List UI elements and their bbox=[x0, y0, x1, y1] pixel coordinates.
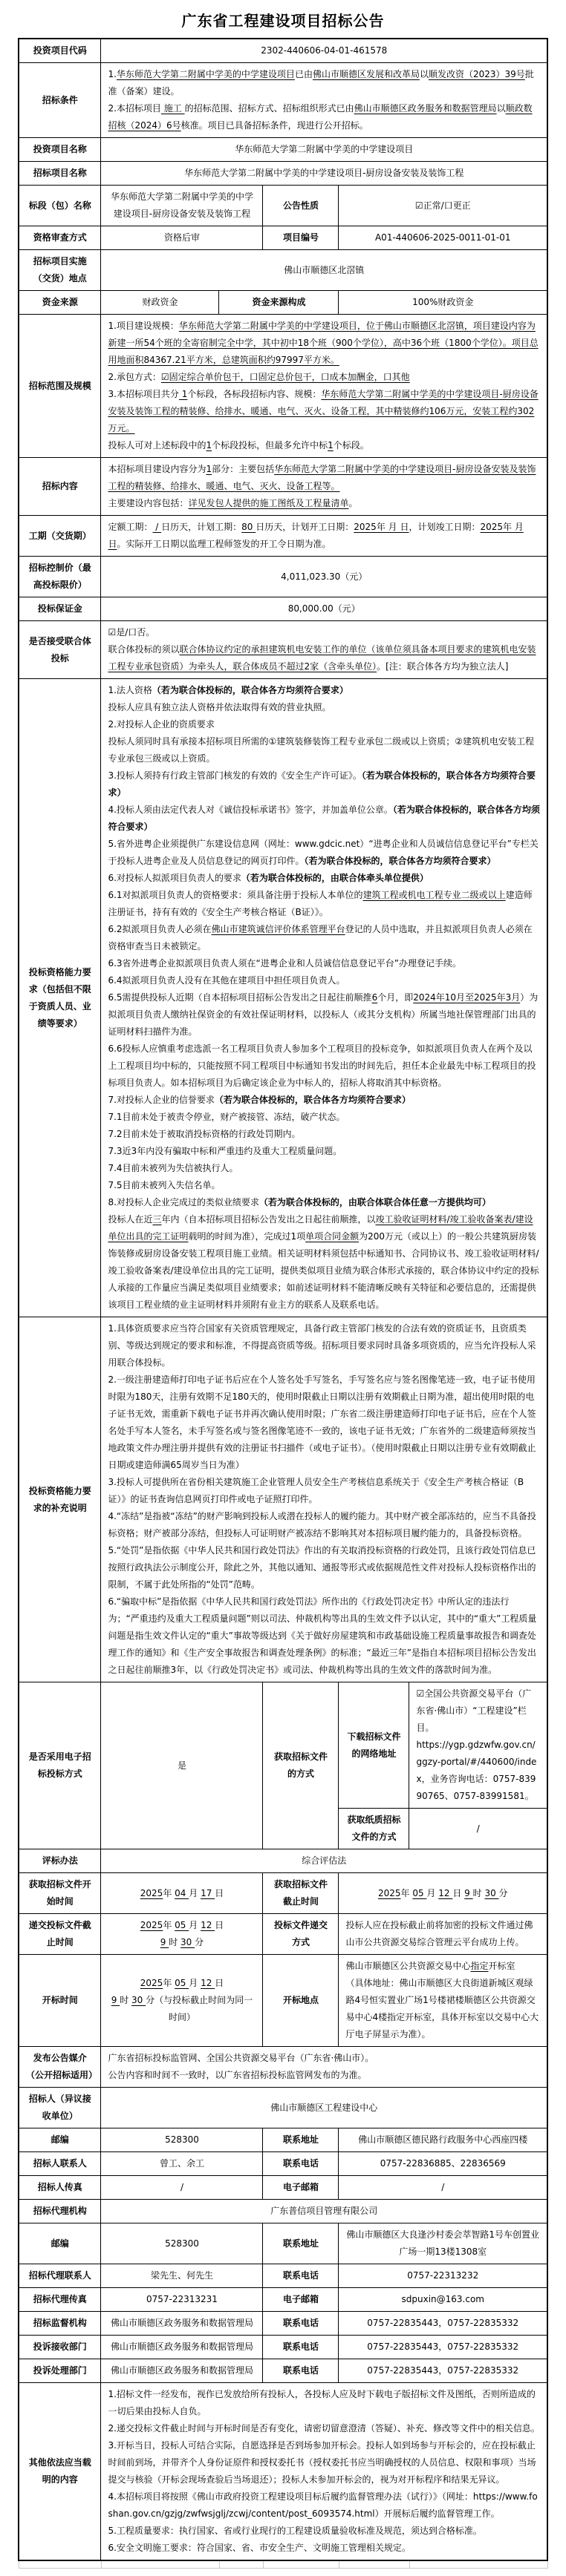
row-doc-time: 获取招标文件开始时间 2025年 04 月 17 日 获取招标文件截止时间 20… bbox=[19, 1873, 547, 1914]
supervisor-label: 招标监督机构 bbox=[19, 2312, 101, 2336]
row-qualification-notes: 投标资格能力要求的补充说明 1.具体资质要求应当符合国家有关资质管理规定，具备行… bbox=[19, 1317, 547, 1682]
download-url-value: ☑全国公共资源交易平台（广东省·佛山市）“工程建设”栏目。https://ygp… bbox=[409, 1682, 547, 1809]
opening-place-value: 佛山市顺德区公共资源交易中心指定开标室（具体地址：佛山市顺德区大良街道新城区观绿… bbox=[339, 1955, 547, 2047]
tender-conditions-value: 1.华东师范大学第二附属中学美的中学建设项目已由佛山市顺德区发展和改革局以顺发改… bbox=[101, 63, 547, 138]
agency-email-value: sdpuxin@163.com bbox=[339, 2288, 547, 2312]
investment-name-value: 华东师范大学第二附属中学美的中学建设项目 bbox=[101, 138, 547, 162]
row-investment-name: 投资项目名称 华东师范大学第二附属中学美的中学建设项目 bbox=[19, 138, 547, 162]
qualification-notes-label: 投标资格能力要求的补充说明 bbox=[19, 1317, 101, 1682]
e-bidding-label: 是否采用电子招标投标方式 bbox=[19, 1682, 101, 1849]
row-announcement-media: 发布公告媒介（公开招标适用） 广东省招标投标监管网、全国公共资源交易平台（广东省… bbox=[19, 2047, 547, 2088]
tenderer-fax-label: 招标人传真 bbox=[19, 2176, 101, 2200]
complaint-handling-phone-value: 0757-22835443，0757-22835332 bbox=[339, 2359, 547, 2383]
tenderer-phone-label: 联系电话 bbox=[263, 2152, 339, 2176]
trailing-cell bbox=[19, 2561, 101, 2569]
agency-postal-value: 528300 bbox=[101, 2223, 263, 2264]
project-number-value: A01-440606-2025-0011-01-01 bbox=[339, 226, 547, 250]
agency-postal-label: 邮编 bbox=[19, 2223, 101, 2264]
duration-label: 工期（交货期） bbox=[19, 516, 101, 557]
row-agency-contact: 招标代理联系人 梁先生、何先生 联系电话 0757-22313232 bbox=[19, 2264, 547, 2288]
bid-bond-label: 投标保证金 bbox=[19, 597, 101, 621]
funding-composition-label: 资金来源构成 bbox=[219, 291, 339, 315]
scope-value: 1.项目建设规模：华东师范大学第二附属中学美的中学建设项目，位于佛山市顺德区北滘… bbox=[101, 315, 547, 458]
obtain-docs-label: 获取招标文件的方式 bbox=[263, 1682, 339, 1849]
complaint-receiving-value: 佛山市顺德区政务服务和数据管理局 bbox=[101, 2336, 263, 2359]
section-name-value: 华东师范大学第二附属中学美的中学建设项目-厨房设备安装及装饰工程 bbox=[101, 186, 263, 226]
delivery-location-value: 佛山市顺德区北滘镇 bbox=[101, 250, 547, 291]
complaint-handling-label: 投诉处理部门 bbox=[19, 2359, 101, 2383]
funding-composition-value: 100%财政资金 bbox=[339, 291, 547, 315]
control-price-value: 4,011,023.30（元） bbox=[101, 557, 547, 597]
row-tender-conditions: 招标条件 1.华东师范大学第二附属中学美的中学建设项目已由佛山市顺德区发展和改革… bbox=[19, 63, 547, 138]
row-evaluation-method: 评标办法 综合评估法 bbox=[19, 1849, 547, 1873]
agency-phone-value: 0757-22313232 bbox=[339, 2264, 547, 2288]
agency-value: 广东普信项目管理有限公司 bbox=[101, 2200, 547, 2223]
funding-label: 资金来源 bbox=[19, 291, 101, 315]
row-tender-name: 招标项目名称 华东师范大学第二附属中学美的中学建设项目-厨房设备安装及装饰工程 bbox=[19, 162, 547, 186]
row-scope: 招标范围及规模 1.项目建设规模：华东师范大学第二附属中学美的中学建设项目，位于… bbox=[19, 315, 547, 458]
qualification-notes-value: 1.具体资质要求应当符合国家有关资质管理规定，具备行政主管部门核发的合法有效的资… bbox=[101, 1317, 547, 1682]
complaint-receiving-label: 投诉接收部门 bbox=[19, 2336, 101, 2359]
section-name-label: 标段（包）名称 bbox=[19, 186, 101, 226]
row-agency-fax: 招标代理传真 0757-22313231 电子邮箱 sdpuxin@163.co… bbox=[19, 2288, 547, 2312]
tenderer-address-label: 联系地址 bbox=[263, 2128, 339, 2152]
supervisor-value: 佛山市顺德区政务服务和数据管理局 bbox=[101, 2312, 263, 2336]
page-title: 广东省工程建设项目招标公告 bbox=[0, 9, 566, 30]
tenderer-fax-value: / bbox=[101, 2176, 263, 2200]
qualification-requirements-value: 1.法人资格（若为联合体投标的，联合体各方均须符合要求）投标人应具有独立法人资格… bbox=[101, 679, 547, 1317]
announcement-media-value: 广东省招标投标监管网、全国公共资源交易平台（广东省·佛山市）。公告内容和时间不一… bbox=[101, 2047, 547, 2088]
evaluation-method-value: 综合评估法 bbox=[101, 1849, 547, 1873]
row-supervisor: 招标监督机构 佛山市顺德区政务服务和数据管理局 联系电话 0757-228354… bbox=[19, 2312, 547, 2336]
row-agency: 招标代理机构 广东普信项目管理有限公司 bbox=[19, 2200, 547, 2223]
submit-method-value: 投标人应在投标截止前将加密的投标文件通过佛山市公共资源交易综合管理云平台成功上传… bbox=[339, 1914, 547, 1955]
row-section-name: 标段（包）名称 华东师范大学第二附属中学美的中学建设项目-厨房设备安装及装饰工程… bbox=[19, 186, 547, 226]
project-number-label: 项目编号 bbox=[263, 226, 339, 250]
consortium-label: 是否接受联合体投标 bbox=[19, 621, 101, 679]
row-agency-postal: 邮编 528300 联系地址 佛山市顺德区大良逢沙村委会萃智路1号车创置业广场一… bbox=[19, 2223, 547, 2264]
trailing-cell bbox=[263, 2561, 339, 2569]
supervisor-phone-value: 0757-22835443，0757-22835332 bbox=[339, 2312, 547, 2336]
agency-contact-value: 梁先生、何先生 bbox=[101, 2264, 263, 2288]
e-bidding-value: 是 bbox=[101, 1682, 263, 1849]
supervisor-phone-label: 联系电话 bbox=[263, 2312, 339, 2336]
complaint-handling-value: 佛山市顺德区政务服务和数据管理局 bbox=[101, 2359, 263, 2383]
trailing-empty-row bbox=[19, 2561, 548, 2569]
tender-name-value: 华东师范大学第二附属中学美的中学建设项目-厨房设备安装及装饰工程 bbox=[101, 162, 547, 186]
bid-bond-value: 80,000.00（元） bbox=[101, 597, 547, 621]
submit-method-label: 投标文件递交方式 bbox=[263, 1914, 339, 1955]
trailing-cell bbox=[219, 2561, 263, 2569]
row-funding: 资金来源 财政资金 资金来源构成 100%财政资金 bbox=[19, 291, 547, 315]
investment-name-label: 投资项目名称 bbox=[19, 138, 101, 162]
notice-nature-label: 公告性质 bbox=[263, 186, 339, 226]
tender-content-value: 本招标项目建设内容分为1部分：主要包括华东师范大学第二附属中学美的中学建设项目-… bbox=[101, 458, 547, 516]
notice-nature-value: ☑正常/口更正 bbox=[339, 186, 547, 226]
qualification-review-value: 资格后审 bbox=[101, 226, 263, 250]
row-duration: 工期（交货期） 定额工期： / 日历天，计划工期：80 日历天，计划开工日期：2… bbox=[19, 516, 547, 557]
delivery-location-label: 招标项目实施（交货）地点 bbox=[19, 250, 101, 291]
tenderer-value: 佛山市顺德区工程建设中心 bbox=[101, 2088, 547, 2128]
agency-contact-label: 招标代理联系人 bbox=[19, 2264, 101, 2288]
tender-name-label: 招标项目名称 bbox=[19, 162, 101, 186]
announcement-media-label: 发布公告媒介（公开招标适用） bbox=[19, 2047, 101, 2088]
tenderer-email-value: / bbox=[339, 2176, 547, 2200]
submit-deadline-value: 2025年 05 月 12 日 9 时 30 分 bbox=[101, 1914, 263, 1955]
control-price-label: 招标控制价（最高投标限价） bbox=[19, 557, 101, 597]
complaint-handling-phone-label: 联系电话 bbox=[263, 2359, 339, 2383]
complaint-receiving-phone-value: 0757-22835443，0757-22835332 bbox=[339, 2336, 547, 2359]
tenderer-postal-value: 528300 bbox=[101, 2128, 263, 2152]
row-other-content: 其他依法应当载明的内容 1.招标文件一经发布，视作已发放给所有投标人，各投标人应… bbox=[19, 2383, 547, 2561]
announcement-table: 投资项目代码 2302-440606-04-01-461578 招标条件 1.华… bbox=[18, 38, 548, 2561]
qualification-review-label: 资格审查方式 bbox=[19, 226, 101, 250]
row-tenderer-fax: 招标人传真 / 电子邮箱 / bbox=[19, 2176, 547, 2200]
agency-label: 招标代理机构 bbox=[19, 2200, 101, 2223]
opening-time-value: 2025年 05 月 12 日 9 时 30 分（与投标截止时间为同一时间） bbox=[101, 1955, 263, 2047]
paper-docs-label: 获取纸质招标文件的方式 bbox=[339, 1809, 409, 1849]
row-tender-content: 招标内容 本招标项目建设内容分为1部分：主要包括华东师范大学第二附属中学美的中学… bbox=[19, 458, 547, 516]
investment-code-value: 2302-440606-04-01-461578 bbox=[101, 39, 547, 63]
doc-end-value: 2025年 05 月 12 日 9 时 30 分 bbox=[339, 1873, 547, 1914]
trailing-cell bbox=[409, 2561, 547, 2569]
tenderer-phone-value: 0757-22836885、22836569 bbox=[339, 2152, 547, 2176]
tenderer-postal-label: 邮编 bbox=[19, 2128, 101, 2152]
agency-email-label: 电子邮箱 bbox=[263, 2288, 339, 2312]
agency-address-label: 联系地址 bbox=[263, 2223, 339, 2264]
tenderer-label: 招标人（异议接收单位） bbox=[19, 2088, 101, 2128]
investment-code-label: 投资项目代码 bbox=[19, 39, 101, 63]
agency-fax-label: 招标代理传真 bbox=[19, 2288, 101, 2312]
row-complaint-receiving: 投诉接收部门 佛山市顺德区政务服务和数据管理局 联系电话 0757-228354… bbox=[19, 2336, 547, 2359]
row-qualification-requirements: 投标资格能力要求（包括但不限于资质人员、业绩等要求） 1.法人资格（若为联合体投… bbox=[19, 679, 547, 1317]
other-content-value: 1.招标文件一经发布，视作已发放给所有投标人，各投标人应及时下载电子版招标文件及… bbox=[101, 2383, 547, 2561]
row-control-price: 招标控制价（最高投标限价） 4,011,023.30（元） bbox=[19, 557, 547, 597]
trailing-cell bbox=[101, 2561, 219, 2569]
row-delivery-location: 招标项目实施（交货）地点 佛山市顺德区北滘镇 bbox=[19, 250, 547, 291]
qualification-requirements-label: 投标资格能力要求（包括但不限于资质人员、业绩等要求） bbox=[19, 679, 101, 1317]
tender-conditions-label: 招标条件 bbox=[19, 63, 101, 138]
row-tenderer-postal: 邮编 528300 联系地址 佛山市顺德区德民路行政服务中心西座四楼 bbox=[19, 2128, 547, 2152]
duration-value: 定额工期： / 日历天，计划工期：80 日历天，计划开工日期：2025年 月 日… bbox=[101, 516, 547, 557]
row-submit-deadline: 递交投标文件截止时间 2025年 05 月 12 日 9 时 30 分 投标文件… bbox=[19, 1914, 547, 1955]
agency-phone-label: 联系电话 bbox=[263, 2264, 339, 2288]
tenderer-contact-label: 招标人联系人 bbox=[19, 2152, 101, 2176]
trailing-cell bbox=[339, 2561, 409, 2569]
tenderer-contact-value: 曾工、余工 bbox=[101, 2152, 263, 2176]
consortium-value: ☑是/口否。联合体投标的须以联合体协议约定的承担建筑机电安装工作的单位（该单位须… bbox=[101, 621, 547, 679]
complaint-receiving-phone-label: 联系电话 bbox=[263, 2336, 339, 2359]
doc-end-label: 获取招标文件截止时间 bbox=[263, 1873, 339, 1914]
doc-start-value: 2025年 04 月 17 日 bbox=[101, 1873, 263, 1914]
submit-deadline-label: 递交投标文件截止时间 bbox=[19, 1914, 101, 1955]
row-investment-code: 投资项目代码 2302-440606-04-01-461578 bbox=[19, 39, 547, 63]
tenderer-address-value: 佛山市顺德区德民路行政服务中心西座四楼 bbox=[339, 2128, 547, 2152]
doc-start-label: 获取招标文件开始时间 bbox=[19, 1873, 101, 1914]
tenderer-email-label: 电子邮箱 bbox=[263, 2176, 339, 2200]
row-e-bidding: 是否采用电子招标投标方式 是 获取招标文件的方式 下载招标文件的网络地址 ☑全国… bbox=[19, 1682, 547, 1809]
scope-label: 招标范围及规模 bbox=[19, 315, 101, 458]
row-bid-bond: 投标保证金 80,000.00（元） bbox=[19, 597, 547, 621]
row-bid-opening: 开标时间 2025年 05 月 12 日 9 时 30 分（与投标截止时间为同一… bbox=[19, 1955, 547, 2047]
row-tenderer: 招标人（异议接收单位） 佛山市顺德区工程建设中心 bbox=[19, 2088, 547, 2128]
row-consortium: 是否接受联合体投标 ☑是/口否。联合体投标的须以联合体协议约定的承担建筑机电安装… bbox=[19, 621, 547, 679]
download-url-label: 下载招标文件的网络地址 bbox=[339, 1682, 409, 1809]
agency-fax-value: 0757-22313231 bbox=[101, 2288, 263, 2312]
evaluation-method-label: 评标办法 bbox=[19, 1849, 101, 1873]
paper-docs-value: / bbox=[409, 1809, 547, 1849]
row-tenderer-contact: 招标人联系人 曾工、余工 联系电话 0757-22836885、22836569 bbox=[19, 2152, 547, 2176]
agency-address-value: 佛山市顺德区大良逢沙村委会萃智路1号车创置业广场一期13楼1308室 bbox=[339, 2223, 547, 2264]
opening-place-label: 开标地点 bbox=[263, 1955, 339, 2047]
tender-content-label: 招标内容 bbox=[19, 458, 101, 516]
announcement-page: 广东省工程建设项目招标公告 投资项目代码 2302-440606-04-01-4… bbox=[0, 0, 566, 2569]
other-content-label: 其他依法应当载明的内容 bbox=[19, 2383, 101, 2561]
row-complaint-handling: 投诉处理部门 佛山市顺德区政务服务和数据管理局 联系电话 0757-228354… bbox=[19, 2359, 547, 2383]
row-qualification-review: 资格审查方式 资格后审 项目编号 A01-440606-2025-0011-01… bbox=[19, 226, 547, 250]
funding-value: 财政资金 bbox=[101, 291, 219, 315]
opening-time-label: 开标时间 bbox=[19, 1955, 101, 2047]
